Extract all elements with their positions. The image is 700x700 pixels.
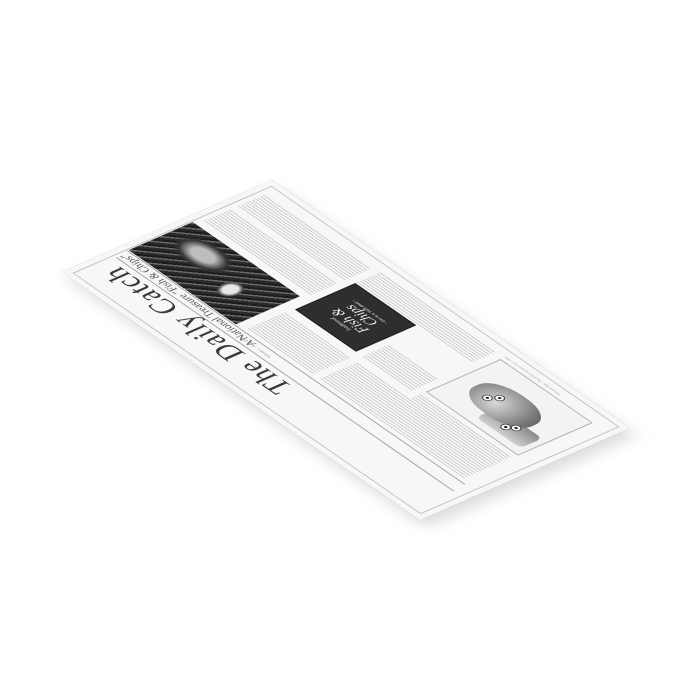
page-border	[72, 186, 619, 514]
product-scene: The Daily Catch Volume 1 · April 2013 A …	[0, 0, 700, 700]
